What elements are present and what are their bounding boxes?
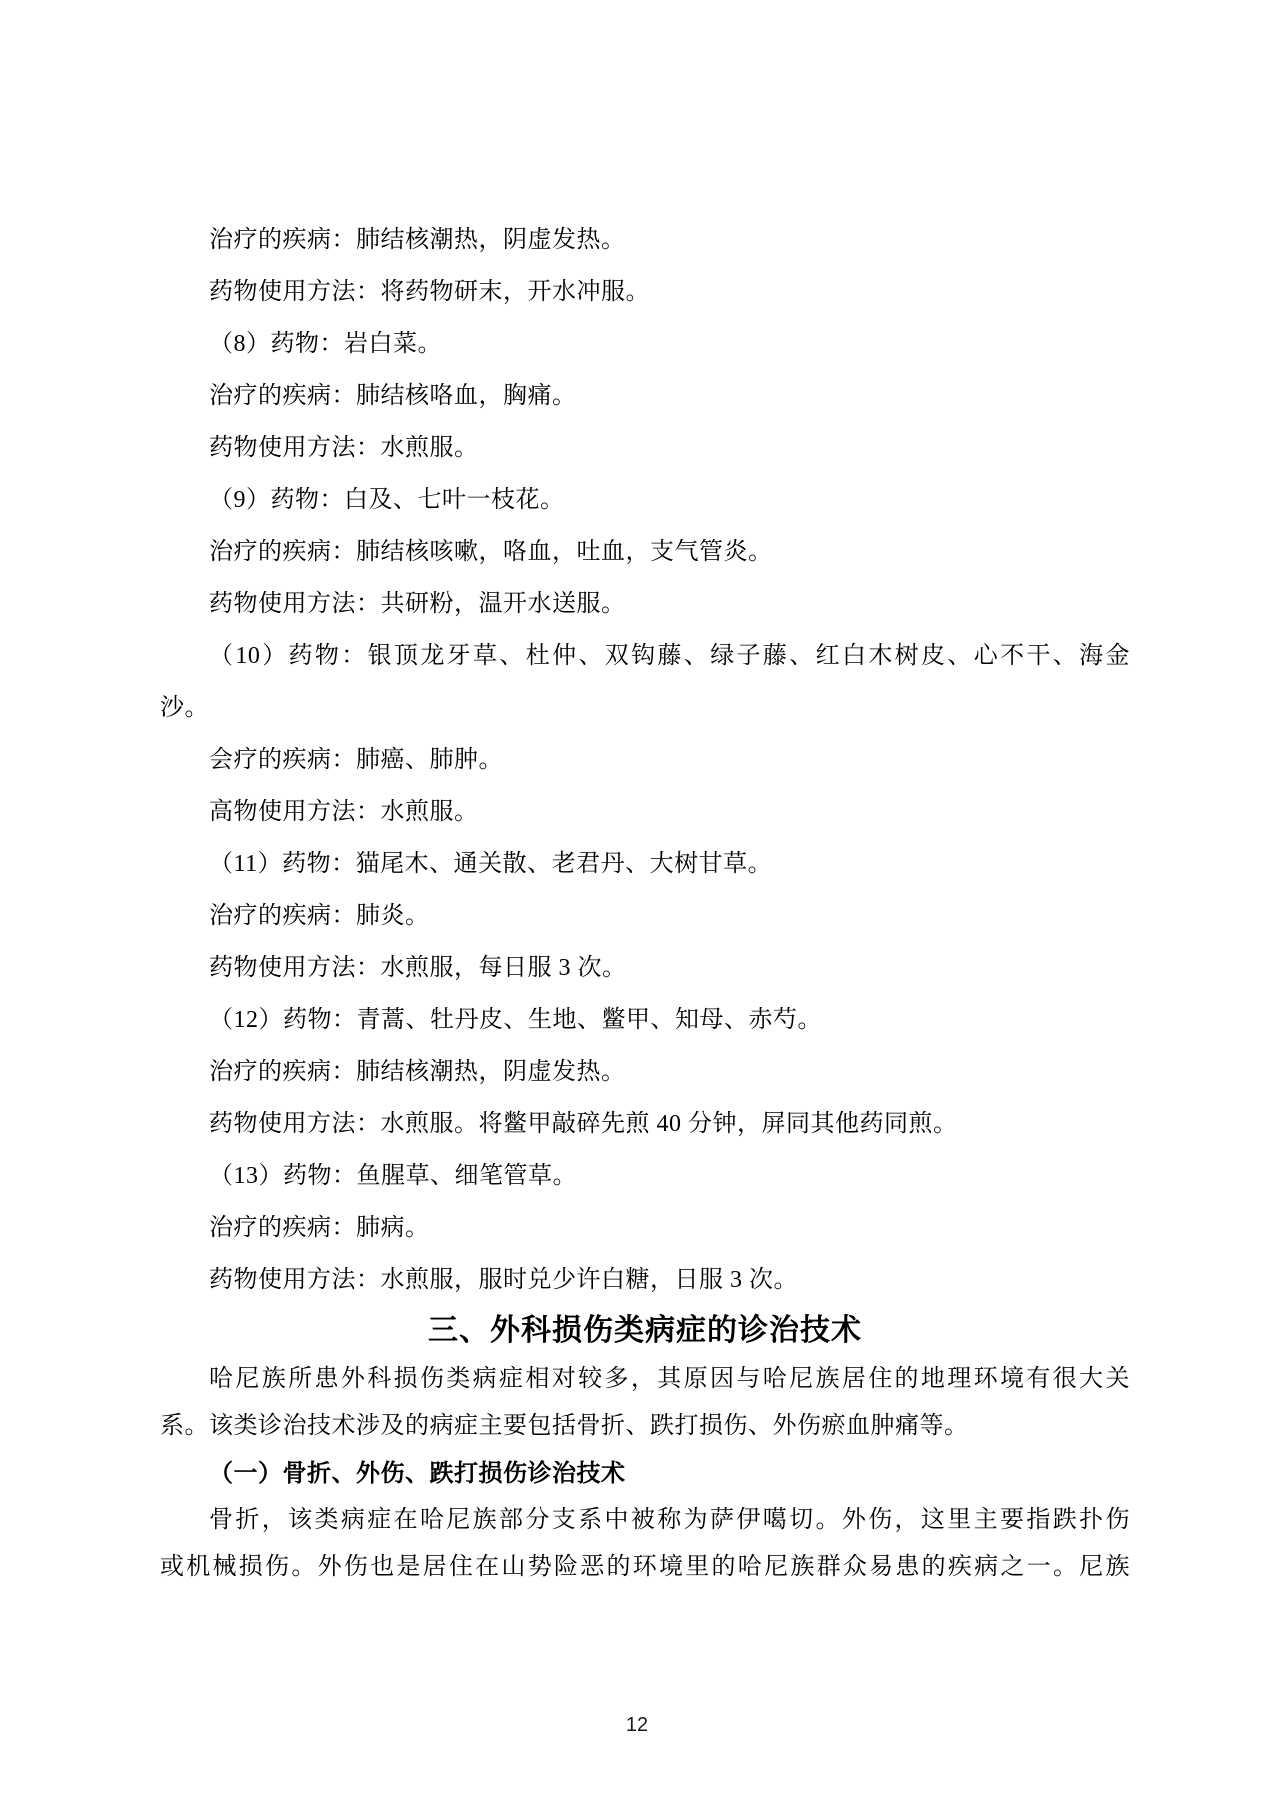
body-line: （9）药物：白及、七叶一枝花。: [160, 474, 1130, 526]
body-line: （8）药物：岩白菜。: [160, 318, 1130, 370]
body-line: 药物使用方法：水煎服，服时兑少许白糖，日服 3 次。: [160, 1254, 1130, 1306]
body-line: 治疗的疾病：肺结核潮热，阴虚发热。: [160, 1046, 1130, 1098]
body-line: 药物使用方法：水煎服。: [160, 422, 1130, 474]
body-line: 治疗的疾病：肺结核咯血，胸痛。: [160, 370, 1130, 422]
body-line: 药物使用方法：水煎服，每日服 3 次。: [160, 942, 1130, 994]
subsection-line: 骨折，该类病症在哈尼族部分支系中被称为萨伊噶切。外伤，这里主要指跌扑伤: [160, 1497, 1130, 1544]
body-line: 治疗的疾病：肺结核潮热，阴虚发热。: [160, 214, 1130, 266]
body-line: （10）药物：银顶龙牙草、杜仲、双钩藤、绿子藤、红白木树皮、心不干、海金: [160, 630, 1130, 682]
body-line: 药物使用方法：共研粉，温开水送服。: [160, 578, 1130, 630]
body-line: （12）药物：青蒿、牡丹皮、生地、鳖甲、知母、赤芍。: [160, 994, 1130, 1046]
document-page: 治疗的疾病：肺结核潮热，阴虚发热。 药物使用方法：将药物研末，开水冲服。 （8）…: [0, 0, 1274, 1801]
subsection-heading: （一）骨折、外伤、跌打损伤诊治技术: [160, 1450, 1130, 1497]
body-line: 会疗的疾病：肺癌、肺肿。: [160, 734, 1130, 786]
body-line: 药物使用方法：水煎服。将鳖甲敲碎先煎 40 分钟，屏同其他药同煎。: [160, 1098, 1130, 1150]
body-line: （13）药物：鱼腥草、细笔管草。: [160, 1150, 1130, 1202]
body-line: 治疗的疾病：肺结核咳嗽，咯血，吐血，支气管炎。: [160, 526, 1130, 578]
body-line: 治疗的疾病：肺炎。: [160, 890, 1130, 942]
intro-line: 哈尼族所患外科损伤类病症相对较多，其原因与哈尼族居住的地理环境有很大关: [160, 1356, 1130, 1403]
body-line-continuation: 沙。: [160, 682, 1130, 734]
body-line: 药物使用方法：将药物研末，开水冲服。: [160, 266, 1130, 318]
section-heading: 三、外科损伤类病症的诊治技术: [160, 1306, 1130, 1356]
body-line: 治疗的疾病：肺病。: [160, 1202, 1130, 1254]
page-content: 治疗的疾病：肺结核潮热，阴虚发热。 药物使用方法：将药物研末，开水冲服。 （8）…: [160, 214, 1130, 1591]
body-line: （11）药物：猫尾木、通关散、老君丹、大树甘草。: [160, 838, 1130, 890]
subsection-line-continuation: 或机械损伤。外伤也是居住在山势险恶的环境里的哈尼族群众易患的疾病之一。尼族: [160, 1544, 1130, 1591]
intro-line-continuation: 系。该类诊治技术涉及的病症主要包括骨折、跌打损伤、外伤瘀血肿痛等。: [160, 1403, 1130, 1450]
page-number: 12: [626, 1714, 648, 1736]
page-footer: 12: [0, 1714, 1274, 1737]
body-line: 高物使用方法：水煎服。: [160, 786, 1130, 838]
